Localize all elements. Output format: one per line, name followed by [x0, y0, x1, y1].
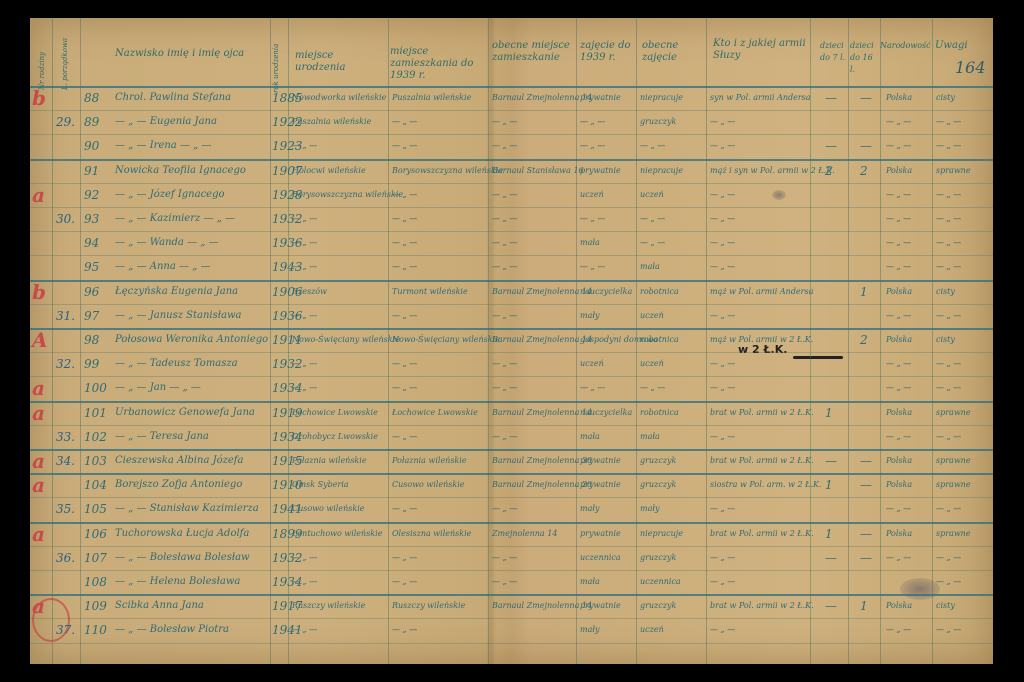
cell-occ1939: mały [580, 624, 599, 636]
red-category-mark: a [32, 522, 45, 546]
cell-remarks: cisty [936, 92, 955, 104]
row-rule [30, 643, 993, 644]
cell-occ_now: niepracuje [640, 528, 683, 540]
cell-army: — „ — [710, 189, 735, 201]
cell-occ_now: gruzczyk [640, 116, 676, 128]
cell-birthplace: Nowodworka wileńskie [292, 92, 386, 104]
cell-name: Łęczyńska Eugenia Jana [115, 286, 238, 298]
cell-no: 109 [84, 600, 107, 612]
cell-birthplace: — „ — [292, 310, 317, 322]
cell-name: — „ — Anna — „ — [115, 261, 211, 273]
cell-occ1939: prywatnie [580, 455, 621, 467]
cell-address: Barnaul Zmejnolenna 30 [492, 455, 592, 467]
column-rule [270, 18, 271, 664]
cell-res1939: Ruszczy wileńskie [392, 600, 465, 612]
cell-name: — „ — Eugenia Jana [115, 116, 217, 128]
cell-nat: Polska [886, 334, 912, 346]
cell-birthplace: — „ — [292, 624, 317, 636]
cell-no: 105 [84, 503, 107, 515]
cell-name: — „ — Kazimierz — „ — [115, 213, 235, 225]
cell-nat: — „ — [886, 382, 911, 394]
cell-birthplace: Nowo-Święciany wileńskie [292, 334, 400, 346]
cell-remarks: — „ — [936, 503, 961, 515]
column-rule [706, 18, 707, 664]
cell-name: Scibka Anna Jana [115, 600, 204, 612]
cell-nat: Polska [886, 407, 912, 419]
row-rule [30, 86, 993, 88]
cell-name: — „ — Janusz Stanisława [115, 310, 241, 322]
header-relatives-army: Kto i z jakiej armii Słuzy [713, 38, 813, 62]
cell-occ1939: nauczycielka [580, 407, 632, 419]
cell-address: — „ — [492, 116, 517, 128]
cell-birthplace: Rzeszów [292, 286, 327, 298]
cell-name: — „ — Wanda — „ — [115, 237, 219, 249]
cell-army: mąż w Pol. armii w 2 Ł.K. [710, 334, 813, 346]
cell-c16: — [860, 528, 872, 540]
row-rule [30, 522, 993, 524]
cell-no: 94 [84, 237, 99, 249]
cell-address: Barnaul Zmejnolenna 14 [492, 92, 592, 104]
row-rule [30, 231, 993, 232]
cell-nat: — „ — [886, 503, 911, 515]
cell-birthplace: — „ — [292, 140, 317, 152]
cell-occ_now: robotnica [640, 286, 679, 298]
cell-army: — „ — [710, 261, 735, 273]
column-rule [52, 18, 53, 664]
cell-occ_now: gruzczyk [640, 479, 676, 491]
cell-remarks: cisty [936, 334, 955, 346]
cell-c16: 2 [860, 334, 868, 346]
row-rule [30, 449, 993, 451]
cell-fam: 34. [56, 455, 75, 467]
header-nationality: Narodowość [880, 40, 935, 52]
cell-army: syn w Pol. armii Andersa [710, 92, 811, 104]
cell-name: — „ — Helena Bolesława [115, 576, 240, 588]
cell-remarks: — „ — [936, 140, 961, 152]
cell-address: Barnaul Zmejnolenna 14 [492, 600, 592, 612]
cell-address: — „ — [492, 358, 517, 370]
cell-remarks: — „ — [936, 576, 961, 588]
cell-army: mąż i syn w Pol. armii w 2 Ł.K. [710, 165, 835, 177]
cell-res1939: Cusowo wileńskie [392, 479, 465, 491]
cell-occ_now: uczeń [640, 358, 664, 370]
cell-remarks: — „ — [936, 116, 961, 128]
cell-res1939: Olesiszna wileńskie [392, 528, 471, 540]
cell-res1939: — „ — [392, 624, 417, 636]
cell-address: Barnaul Zmejnolenna 14 [492, 407, 592, 419]
cell-res1939: — „ — [392, 382, 417, 394]
row-rule [30, 570, 993, 571]
cell-no: 102 [84, 431, 107, 443]
cell-army: — „ — [710, 140, 735, 152]
row-rule [30, 304, 993, 305]
cell-name: — „ — Józef Ignacego [115, 189, 225, 201]
page-number: 164 [955, 58, 986, 77]
cell-address: Zmejnolenna 14 [492, 528, 557, 540]
cell-nat: Polska [886, 286, 912, 298]
cell-remarks: — „ — [936, 237, 961, 249]
cell-res1939: — „ — [392, 503, 417, 515]
cell-no: 101 [84, 407, 107, 419]
cell-nat: — „ — [886, 140, 911, 152]
cell-no: 103 [84, 455, 107, 467]
cell-c7: — [825, 455, 837, 467]
cell-fam: 35. [56, 503, 75, 515]
cell-occ1939: — „ — [580, 213, 605, 225]
cell-no: 90 [84, 140, 99, 152]
cell-occ_now: uczennica [640, 576, 681, 588]
cell-nat: Polska [886, 479, 912, 491]
cell-occ1939: mała [580, 431, 600, 443]
cell-birthplace: — „ — [292, 237, 317, 249]
cell-no: 89 [84, 116, 99, 128]
cell-occ_now: mały [640, 503, 659, 515]
cell-army: mąż w Pol. armii Andersa [710, 286, 813, 298]
column-rule [880, 18, 881, 664]
cell-remarks: — „ — [936, 189, 961, 201]
cell-remarks: — „ — [936, 624, 961, 636]
red-category-mark: a [32, 473, 45, 497]
header-seq-no: L. porządkowa [59, 30, 71, 90]
row-rule [30, 594, 993, 596]
cell-nat: — „ — [886, 431, 911, 443]
cell-address: Barnaul Zmejnolenna 14 [492, 286, 592, 298]
cell-res1939: — „ — [392, 576, 417, 588]
cell-address: — „ — [492, 261, 517, 273]
cell-occ_now: gruzczyk [640, 455, 676, 467]
cell-no: 106 [84, 528, 107, 540]
cell-occ_now: uczeń [640, 189, 664, 201]
row-rule [30, 497, 993, 498]
cell-fam: 37. [56, 624, 75, 636]
cell-fam: 33. [56, 431, 75, 443]
cell-remarks: — „ — [936, 431, 961, 443]
cell-nat: — „ — [886, 237, 911, 249]
cell-res1939: Połaznia wileńskie [392, 455, 467, 467]
cell-occ_now: niepracuje [640, 165, 683, 177]
cell-address: — „ — [492, 382, 517, 394]
cell-c7: — [825, 140, 837, 152]
cell-c7: 1 [825, 528, 833, 540]
cell-remarks: cisty [936, 600, 955, 612]
cell-birthplace: Puszalnia wileńskie [292, 116, 371, 128]
header-family-no: Nr rodziny [36, 30, 48, 90]
header-occupation-1939: zajęcie do 1939 r. [580, 40, 635, 64]
cell-remarks: sprawne [936, 165, 971, 177]
cell-nat: — „ — [886, 261, 911, 273]
cell-res1939: — „ — [392, 213, 417, 225]
row-rule [30, 376, 993, 377]
cell-birthplace: Łochowice Lwowskie [292, 407, 378, 419]
cell-birthplace: Omsk Syberia [292, 479, 349, 491]
header-name: Nazwisko imię i imię ojca [115, 48, 275, 60]
cell-birthplace: — „ — [292, 358, 317, 370]
cell-occ_now: gruzczyk [640, 552, 676, 564]
cell-nat: — „ — [886, 358, 911, 370]
cell-remarks: — „ — [936, 261, 961, 273]
cell-nat: — „ — [886, 116, 911, 128]
row-rule [30, 255, 993, 256]
row-rule [30, 280, 993, 282]
cell-name: — „ — Jan — „ — [115, 382, 201, 394]
cell-nat: Polska [886, 455, 912, 467]
cell-occ_now: gruzczyk [640, 600, 676, 612]
cell-remarks: sprawne [936, 479, 971, 491]
cell-name: Borejszo Zofja Antoniego [115, 479, 242, 491]
cell-nat: Polska [886, 600, 912, 612]
cell-no: 96 [84, 286, 99, 298]
cell-name: Tuchorowska Łucja Adolfa [115, 528, 249, 540]
cell-occ_now: — „ — [640, 140, 665, 152]
cell-remarks: — „ — [936, 310, 961, 322]
cell-res1939: Borysowszczyzna wileńskie [392, 165, 503, 177]
cell-birthplace: — „ — [292, 576, 317, 588]
cell-res1939: — „ — [392, 431, 417, 443]
red-category-mark: a [32, 401, 45, 425]
cell-c16: — [860, 479, 872, 491]
cell-birthplace: Drohobycz Lwowskie [292, 431, 378, 443]
row-rule [30, 546, 993, 547]
cell-name: — „ — Stanisław Kazimierza [115, 503, 259, 515]
cell-no: 92 [84, 189, 99, 201]
header-birth-year: rok urodzenia [270, 23, 282, 93]
cell-occ1939: uczeń [580, 358, 604, 370]
header-current-address: obecne miejsce zamieszkanie [492, 40, 582, 64]
cell-address: — „ — [492, 576, 517, 588]
cell-c16: — [860, 455, 872, 467]
cell-no: 91 [84, 165, 99, 177]
cell-res1939: — „ — [392, 189, 417, 201]
cell-remarks: — „ — [936, 382, 961, 394]
cell-c7: — [825, 552, 837, 564]
cell-occ1939: prywatnie [580, 600, 621, 612]
cell-army: — „ — [710, 358, 735, 370]
cell-address: — „ — [492, 140, 517, 152]
cell-address: Barnaul Stanisława 16 [492, 165, 584, 177]
red-category-mark: b [32, 280, 46, 304]
cell-remarks: — „ — [936, 213, 961, 225]
column-rule [848, 18, 849, 664]
column-rule [932, 18, 933, 664]
cell-occ1939: mały [580, 310, 599, 322]
cell-occ1939: uczeń [580, 189, 604, 201]
cell-no: 88 [84, 92, 99, 104]
cell-c16: — [860, 92, 872, 104]
cell-no: 95 [84, 261, 99, 273]
cell-occ_now: uczeń [640, 624, 664, 636]
row-rule [30, 425, 993, 426]
cell-res1939: Puszalnia wileńskie [392, 92, 471, 104]
cell-c7: 2 [825, 165, 833, 177]
cell-nat: — „ — [886, 552, 911, 564]
cell-no: 100 [84, 382, 107, 394]
cell-res1939: — „ — [392, 116, 417, 128]
ink-strike [793, 356, 843, 359]
cell-name: Urbanowicz Genowefa Jana [115, 407, 255, 419]
header-remarks: Uwagi [935, 40, 980, 52]
cell-army: — „ — [710, 116, 735, 128]
cell-res1939: — „ — [392, 140, 417, 152]
cell-nat: — „ — [886, 624, 911, 636]
cell-no: 107 [84, 552, 107, 564]
cell-occ1939: uczennica [580, 552, 621, 564]
cell-c16: 1 [860, 286, 868, 298]
cell-nat: — „ — [886, 310, 911, 322]
cell-nat: — „ — [886, 213, 911, 225]
cell-occ_now: mała [640, 431, 660, 443]
cell-res1939: Nowo-Święciany wileńskie [392, 334, 500, 346]
cell-address: — „ — [492, 213, 517, 225]
cell-birthplace: — „ — [292, 552, 317, 564]
header-residence-1939: miejsce zamieszkania do 1939 r. [390, 46, 485, 82]
smudge [772, 190, 786, 200]
cell-name: Nowicka Teofila Ignacego [115, 165, 246, 177]
cell-remarks: — „ — [936, 552, 961, 564]
cell-fam: 30. [56, 213, 75, 225]
red-category-mark: a [32, 594, 45, 618]
cell-res1939: — „ — [392, 237, 417, 249]
cell-c16: — [860, 140, 872, 152]
cell-army: — „ — [710, 237, 735, 249]
smudge [900, 578, 940, 600]
cell-occ1939: prywatnie [580, 165, 621, 177]
row-rule [30, 473, 993, 475]
cell-name: — „ — Tadeusz Tomasza [115, 358, 238, 370]
cell-res1939: — „ — [392, 552, 417, 564]
red-category-mark: a [32, 376, 45, 400]
red-category-mark: a [32, 449, 45, 473]
cell-remarks: sprawne [936, 455, 971, 467]
cell-occ_now: — „ — [640, 382, 665, 394]
cell-nat: Polska [886, 92, 912, 104]
cell-address: — „ — [492, 431, 517, 443]
cell-c7: 1 [825, 479, 833, 491]
cell-army: — „ — [710, 213, 735, 225]
cell-army: — „ — [710, 310, 735, 322]
cell-c16: 2 [860, 165, 868, 177]
cell-occ_now: uczeń [640, 310, 664, 322]
cell-no: 93 [84, 213, 99, 225]
row-rule [30, 183, 993, 184]
cell-fam: 32. [56, 358, 75, 370]
row-rule [30, 134, 993, 135]
cell-no: 98 [84, 334, 99, 346]
cell-name: — „ — Teresa Jana [115, 431, 209, 443]
cell-occ1939: mała [580, 576, 600, 588]
cell-occ_now: mała [640, 261, 660, 273]
cell-nat: — „ — [886, 189, 911, 201]
cell-occ1939: mały [580, 503, 599, 515]
cell-army: brat w Pol. armii w 2 Ł.K. [710, 528, 814, 540]
cell-res1939: — „ — [392, 358, 417, 370]
cell-birthplace: Ruszczy wileńskie [292, 600, 365, 612]
cell-birthplace: Łontuchowo wileńskie [292, 528, 382, 540]
cell-remarks: sprawne [936, 407, 971, 419]
column-rule [80, 18, 81, 664]
cell-occ1939: mała [580, 237, 600, 249]
row-rule [30, 110, 993, 111]
cell-no: 97 [84, 310, 99, 322]
cell-birthplace: Połaznia wileńskie [292, 455, 367, 467]
header-children-7: dzieci do 7 l. [820, 40, 850, 64]
cell-name: — „ — Bolesława Bolesław [115, 552, 250, 564]
cell-address: Barnaul Zmejnolenna 14 [492, 334, 592, 346]
cell-no: 99 [84, 358, 99, 370]
cell-birthplace: Holocwi wileńskie [292, 165, 366, 177]
cell-res1939: Turmont wileńskie [392, 286, 468, 298]
cell-nat: Polska [886, 528, 912, 540]
cell-army: — „ — [710, 576, 735, 588]
red-category-mark: a [32, 183, 45, 207]
cell-army: brat w Pol. armii w 2 Ł.K. [710, 600, 814, 612]
cell-occ_now: — „ — [640, 213, 665, 225]
cell-army: brat w Pol. armii w 2 Ł.K. [710, 455, 814, 467]
cell-no: 110 [84, 624, 107, 636]
cell-c16: — [860, 552, 872, 564]
cell-address: — „ — [492, 189, 517, 201]
cell-army: brat w Pol. armii w 2 Ł.K. [710, 407, 814, 419]
cell-birthplace: — „ — [292, 382, 317, 394]
cell-occ1939: — „ — [580, 116, 605, 128]
row-rule [30, 352, 993, 353]
cell-c7: 1 [825, 407, 833, 419]
cell-occ_now: robotnica [640, 334, 679, 346]
register-page: 164 Nr rodziny L. porządkowa Nazwisko im… [30, 18, 993, 664]
cell-address: — „ — [492, 503, 517, 515]
cell-army: — „ — [710, 552, 735, 564]
red-category-mark: A [32, 328, 48, 352]
row-rule [30, 401, 993, 403]
cell-army: — „ — [710, 503, 735, 515]
cell-birthplace: — „ — [292, 213, 317, 225]
cell-address: — „ — [492, 310, 517, 322]
cell-name: Cieszewska Albina Józefa [115, 455, 243, 467]
header-children-16: dzieci do 16 l. [850, 40, 880, 76]
row-rule [30, 207, 993, 208]
cell-occ1939: — „ — [580, 382, 605, 394]
cell-occ_now: robotnica [640, 407, 679, 419]
cell-army: — „ — [710, 624, 735, 636]
header-current-occupation: obecne zajęcie [642, 40, 702, 64]
cell-name: Chrol. Pawlina Stefana [115, 92, 231, 104]
cell-name: — „ — Irena — „ — [115, 140, 211, 152]
cell-occ1939: prywatnie [580, 528, 621, 540]
cell-no: 104 [84, 479, 107, 491]
red-category-mark: b [32, 86, 46, 110]
cell-birthplace: Borysowszczyzna wileńskie [292, 189, 403, 201]
cell-fam: 29. [56, 116, 75, 128]
cell-army: siostra w Pol. arm. w 2 Ł.K. [710, 479, 822, 491]
cell-remarks: — „ — [936, 358, 961, 370]
cell-address: — „ — [492, 237, 517, 249]
cell-nat: Polska [886, 165, 912, 177]
cell-address: — „ — [492, 552, 517, 564]
cell-remarks: sprawne [936, 528, 971, 540]
cell-address: Barnaul Zmejnolenna 20 [492, 479, 592, 491]
cell-fam: 36. [56, 552, 75, 564]
cell-res1939: — „ — [392, 261, 417, 273]
cell-occ_now: niepracuje [640, 92, 683, 104]
cell-name: Połosowa Weronika Antoniego [115, 334, 268, 346]
row-rule [30, 328, 993, 330]
cell-name: — „ — Bolesław Piotra [115, 624, 229, 636]
cell-occ_now: — „ — [640, 237, 665, 249]
cell-c7: — [825, 600, 837, 612]
cell-occ1939: prywatnie [580, 92, 621, 104]
cell-birthplace: — „ — [292, 261, 317, 273]
cell-c16: 1 [860, 600, 868, 612]
cell-occ1939: — „ — [580, 261, 605, 273]
